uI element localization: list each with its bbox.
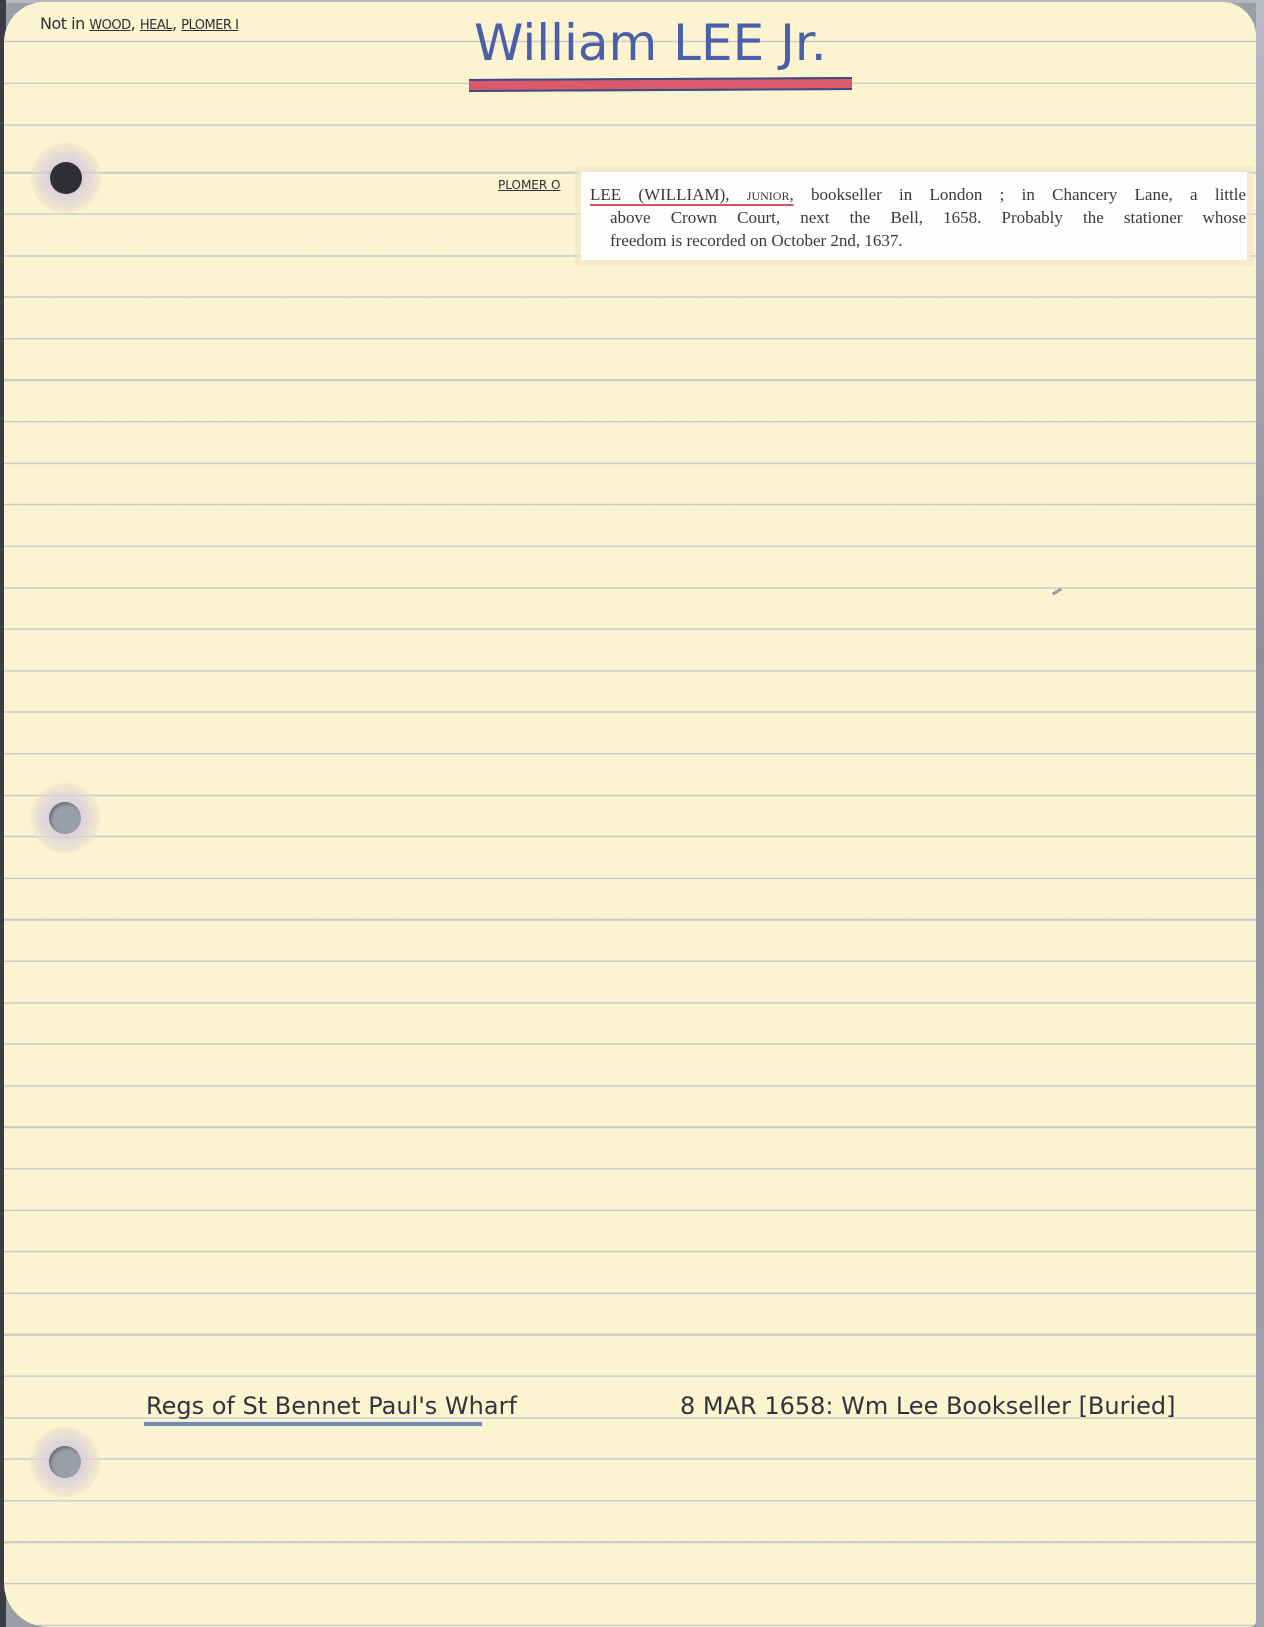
clipping-text: LEE (WILLIAM), junior, bookseller in Lon…: [581, 172, 1246, 252]
card-title: William LEE Jr.: [474, 14, 827, 72]
source-wood: WOOD: [89, 18, 130, 33]
scanner-right-edge: [1256, 0, 1264, 1627]
source-plomer-i: PLOMER I: [181, 18, 238, 33]
title-underline: [469, 77, 852, 92]
punch-hole-bottom: [30, 1427, 100, 1497]
clipping-line-3: freedom is recorded on October 2nd, 1637…: [590, 229, 1246, 252]
not-in-prefix: Not in: [40, 14, 85, 33]
index-card: Not in WOOD, HEAL, PLOMER I William LEE …: [4, 2, 1256, 1627]
register-entry: 8 MAR 1658: Wm Lee Bookseller [Buried]: [680, 1392, 1176, 1420]
punch-hole-top: [31, 143, 101, 213]
source-heal: HEAL: [140, 18, 172, 33]
register-label: Regs of St Bennet Paul's Wharf: [146, 1392, 517, 1420]
not-in-sources-note: Not in WOOD, HEAL, PLOMER I: [40, 14, 238, 33]
punch-hole-middle: [30, 783, 100, 853]
clipping-heading: LEE (WILLIAM), junior,: [590, 185, 794, 204]
clipping-line-2: above Crown Court, next the Bell, 1658. …: [590, 206, 1246, 229]
pasted-clipping: LEE (WILLIAM), junior, bookseller in Lon…: [581, 172, 1247, 260]
register-label-underline: [144, 1422, 482, 1426]
paper-mark: [1052, 588, 1062, 596]
source-label: PLOMER O: [498, 178, 560, 192]
clipping-line-1: LEE (WILLIAM), junior, bookseller in Lon…: [590, 183, 1246, 206]
